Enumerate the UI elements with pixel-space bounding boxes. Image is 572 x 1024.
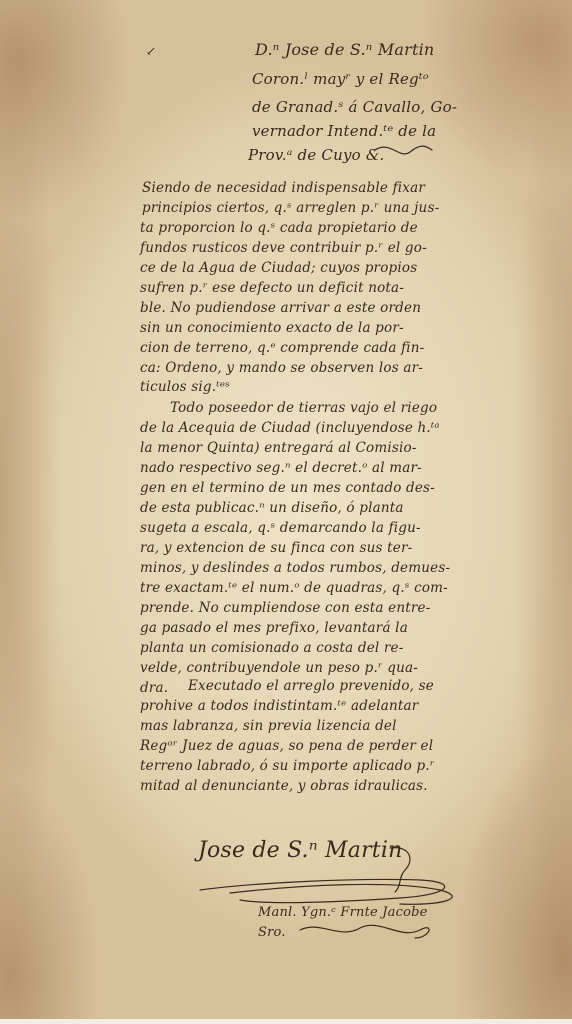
body-line: sin un conocimiento exacto de la por- [140, 320, 404, 336]
body-line: velde, contribuyendole un peso p.ʳ qua- [140, 660, 418, 676]
body-line: Siendo de necesidad indispensable fixar [142, 180, 425, 196]
margin-mark: ↙ [146, 44, 156, 58]
body-line: ga pasado el mes prefixo, levantará la [140, 620, 408, 636]
body-line: la menor Quinta) entregará al Comisio- [140, 440, 417, 456]
body-line: minos, y deslindes a todos rumbos, demue… [140, 560, 450, 576]
body-line: Regᵒʳ Juez de aguas, so pena de perder e… [140, 738, 433, 754]
body-line: planta un comisionado a costa del re- [140, 640, 404, 656]
body-line: dra. [140, 680, 168, 696]
body-line: terreno labrado, ó su importe aplicado p… [140, 758, 435, 774]
bottom-edge-strip [0, 1019, 572, 1024]
body-line: de la Acequia de Ciudad (incluyendose h.… [140, 420, 440, 436]
header-line: de Granad.ˢ á Cavallo, Go- [252, 98, 457, 116]
body-line: ce de la Agua de Ciudad; cuyos propios [140, 260, 417, 276]
header-line: vernador Intend.ᵗᵉ de la [252, 122, 436, 140]
body-line: prende. No cumpliendose con esta entre- [140, 600, 431, 616]
body-line: ca: Ordeno, y mando se observen los ar- [140, 360, 423, 376]
body-line: tre exactam.ᵗᵉ el num.ᵒ de quadras, q.ˢ … [140, 580, 448, 596]
body-line: ra, y extencion de su finca con sus ter- [140, 540, 412, 556]
body-line: Executado el arreglo prevenido, se [188, 678, 434, 694]
body-line: gen en el termino de un mes contado des- [140, 480, 435, 496]
body-line: fundos rusticos deve contribuir p.ʳ el g… [140, 240, 427, 256]
body-line: principios ciertos, q.ˢ arreglen p.ʳ una… [142, 200, 439, 216]
header-line: D.ⁿ Jose de S.ⁿ Martin [255, 40, 434, 59]
body-line: mas labranza, sin previa lizencia del [140, 718, 397, 734]
body-line: mitad al denunciante, y obras idraulicas… [140, 778, 428, 794]
body-line: sufren p.ʳ ese defecto un deficit nota- [140, 280, 404, 296]
body-line: nado respectivo seg.ⁿ el decret.ᵒ al mar… [140, 460, 422, 476]
body-line: cion de terreno, q.ᵉ comprende cada fin- [140, 340, 424, 356]
body-line: de esta publicac.ⁿ un diseño, ó planta [140, 500, 404, 516]
header-line: Coron.ˡ mayʳ y el Regᵗᵒ [252, 70, 429, 88]
body-line: sugeta a escala, q.ˢ demarcando la figu- [140, 520, 421, 536]
header-line: Prov.ᵃ de Cuyo &. [248, 146, 384, 164]
countersign-title: Sro. [258, 925, 286, 940]
body-line: ticulos sig.ᵗᵉˢ [140, 379, 230, 395]
body-line: ta proporcion lo q.ˢ cada propietario de [140, 220, 418, 236]
countersign-name: Manl. Ygn.ᶜ Frnte Jacobe [258, 905, 428, 920]
signature-name: Jose de S.ⁿ Martin [198, 838, 402, 863]
body-line: ble. No pudiendose arrivar a este orden [140, 300, 421, 316]
body-line: Todo poseedor de tierras vajo el riego [170, 400, 437, 416]
body-line: prohive a todos indistintam.ᵗᵉ adelantar [140, 698, 418, 714]
